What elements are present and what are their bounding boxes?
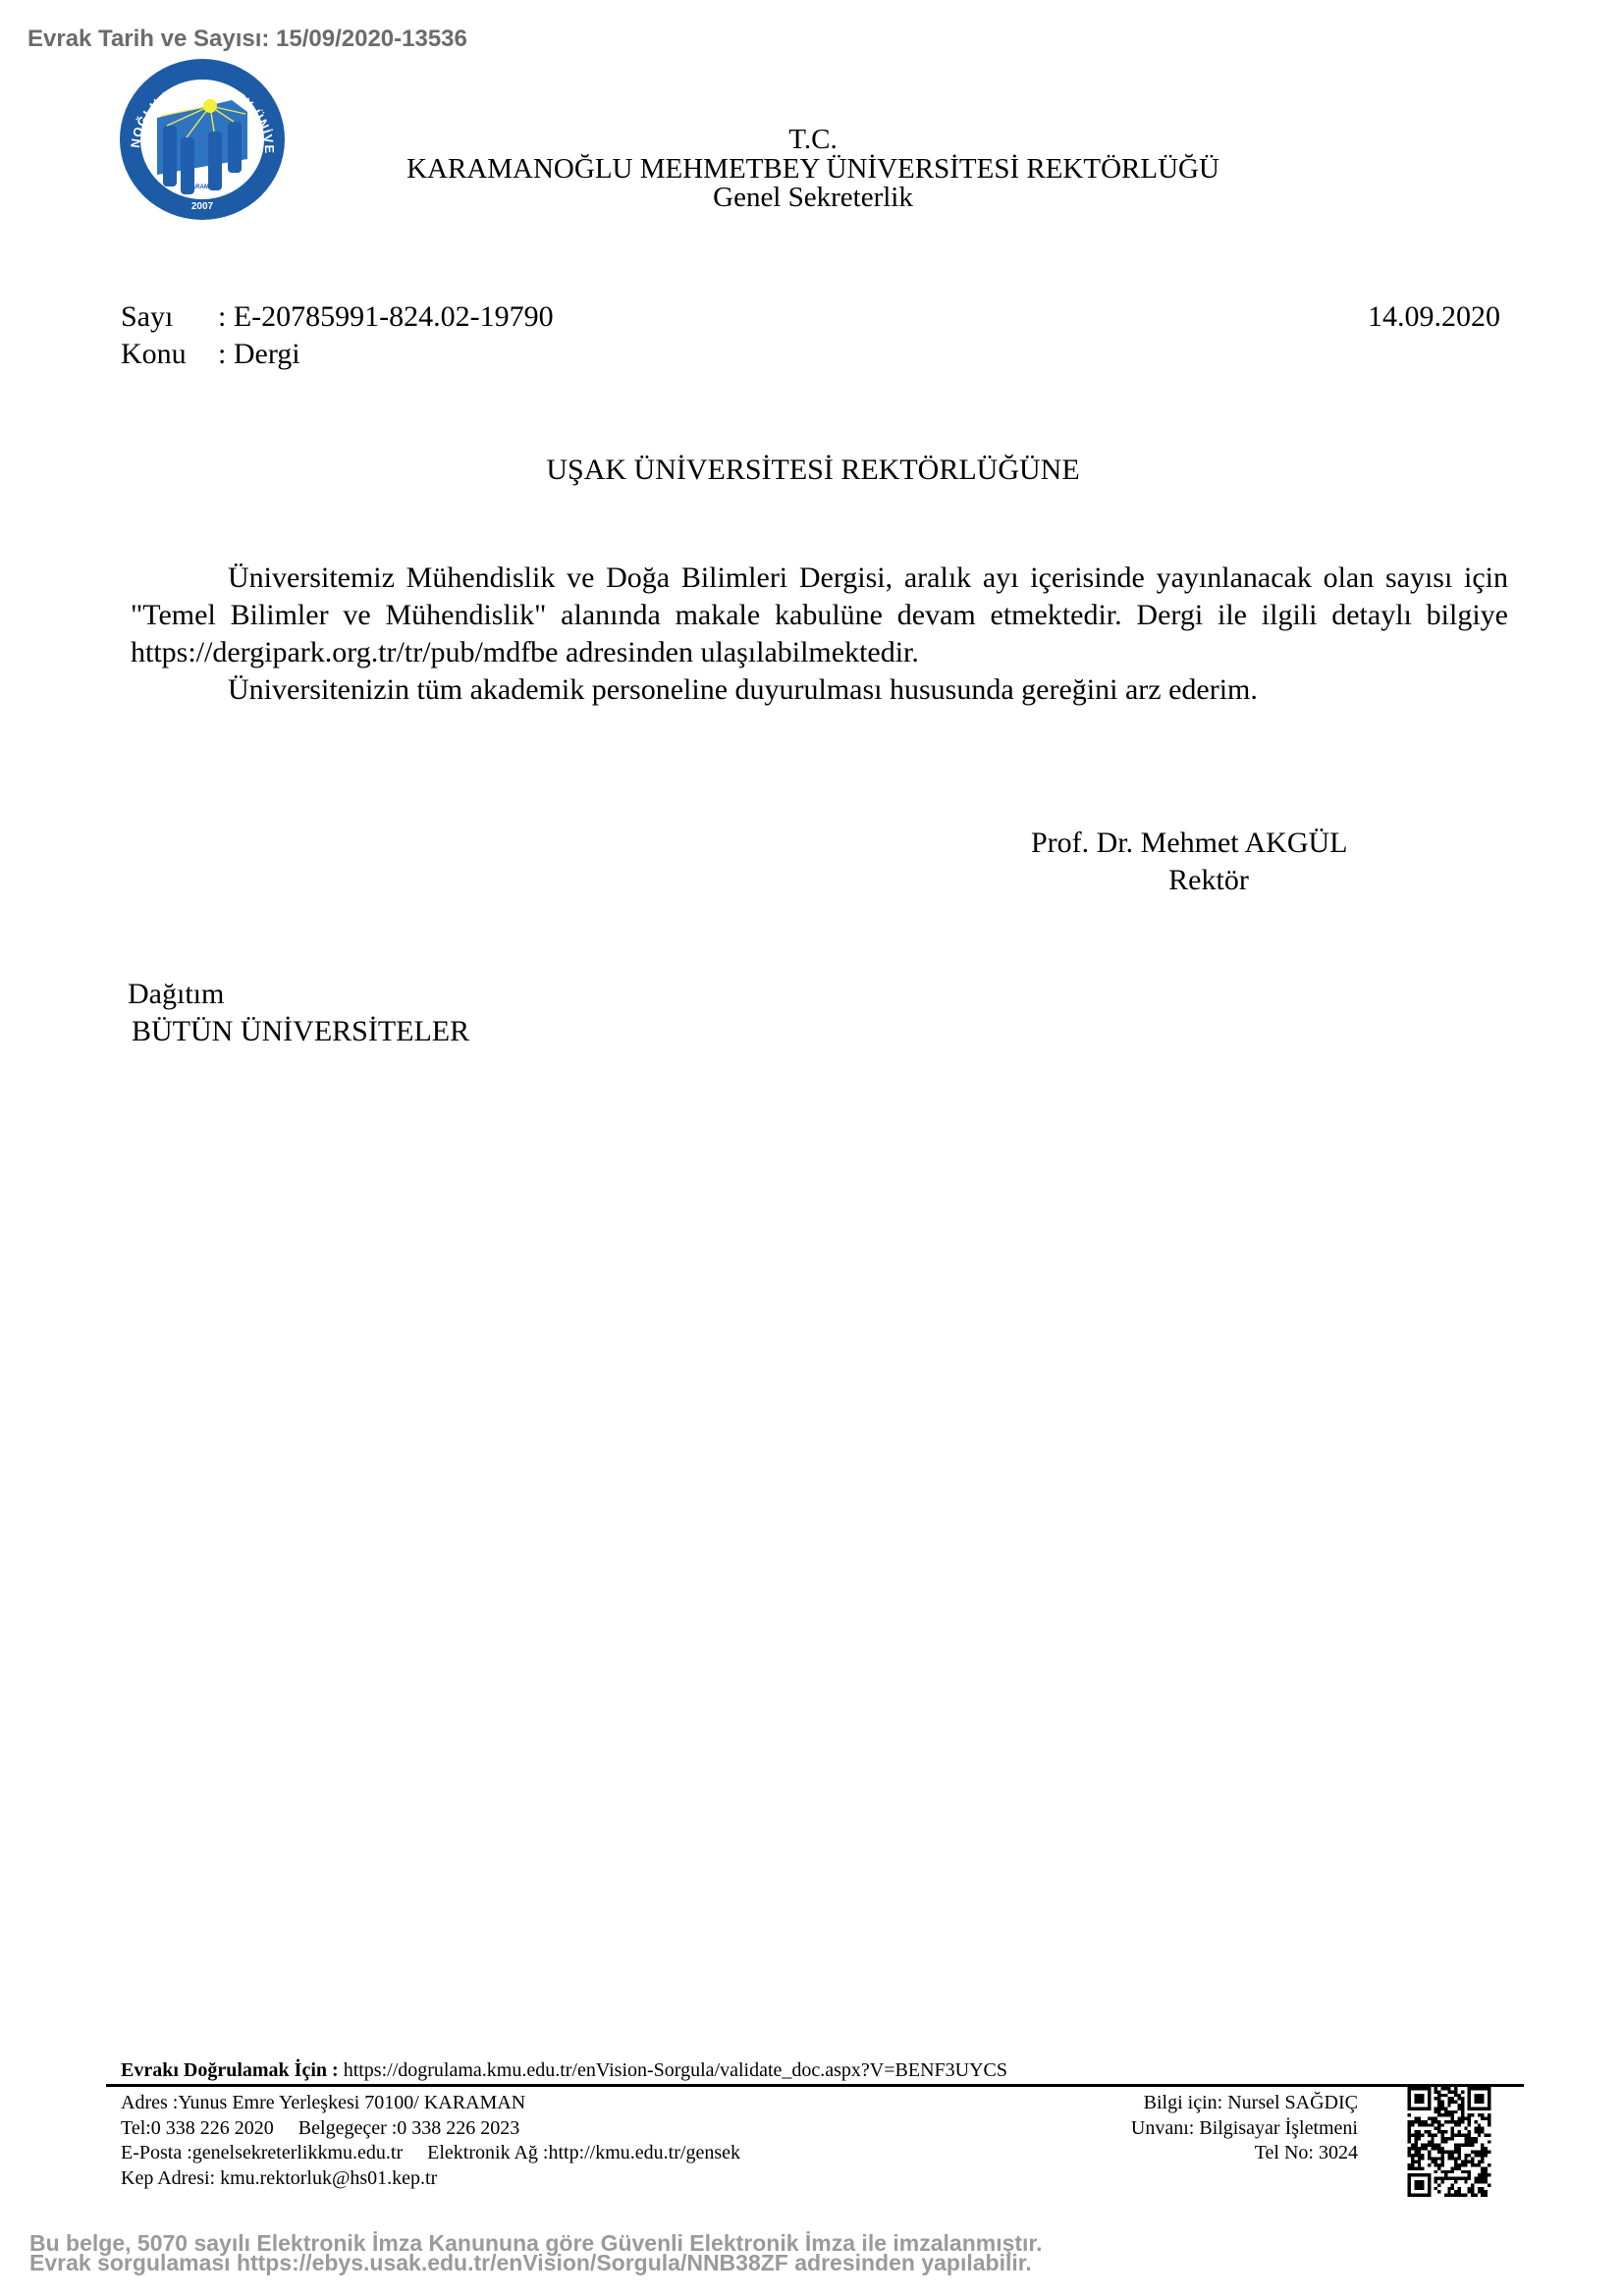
body-paragraph: Üniversitemiz Mühendislik ve Doğa Biliml… bbox=[131, 560, 1508, 671]
distribution-label: Dağıtım bbox=[128, 978, 224, 1011]
university-seal-icon: KARAMANOĞLU MEHMETBEY ÜNİVERSİTESİ KARAM… bbox=[118, 57, 287, 222]
footer-info-block: Bilgi için: Nursel SAĞDIÇ Unvanı: Bilgis… bbox=[1131, 2091, 1358, 2166]
svg-text:KARAMAN: KARAMAN bbox=[188, 185, 218, 190]
footer-contact-block: Adres :Yunus Emre Yerleşkesi 70100/ KARA… bbox=[121, 2091, 740, 2192]
document-date: 14.09.2020 bbox=[1368, 300, 1500, 334]
e-signature-query-line: Evrak sorgulaması https://ebys.usak.edu.… bbox=[29, 2253, 1043, 2272]
verification-line: Evrakı Doğrulamak İçin : https://dogrula… bbox=[121, 2059, 1007, 2082]
number-label: Sayı bbox=[121, 300, 173, 334]
header-institution: KARAMANOĞLU MEHMETBEY ÜNİVERSİTESİ REKTÖ… bbox=[295, 155, 1331, 184]
footer-divider bbox=[106, 2084, 1524, 2087]
e-signature-notice: Bu belge, 5070 sayılı Elektronik İmza Ka… bbox=[29, 2233, 1043, 2272]
subject-label: Konu bbox=[121, 338, 187, 371]
qr-code-icon bbox=[1407, 2087, 1491, 2197]
signatory-name: Prof. Dr. Mehmet AKGÜL bbox=[1031, 827, 1347, 860]
verification-label: Evrakı Doğrulamak İçin : bbox=[121, 2059, 339, 2081]
subject-value: : Dergi bbox=[218, 338, 300, 371]
signatory-title: Rektör bbox=[1031, 864, 1386, 897]
header-country: T.C. bbox=[295, 126, 1331, 154]
letter-body: Üniversitemiz Mühendislik ve Doğa Biliml… bbox=[131, 560, 1508, 709]
footer-contact-tel: Tel No: 3024 bbox=[1131, 2141, 1358, 2166]
footer-kep-address: Kep Adresi: kmu.rektorluk@hs01.kep.tr bbox=[121, 2166, 740, 2192]
body-paragraph: Üniversitenizin tüm akademik personeline… bbox=[131, 671, 1508, 709]
verification-link[interactable]: https://dogrulama.kmu.edu.tr/enVision-So… bbox=[339, 2059, 1007, 2081]
footer-contact-title: Unvanı: Bilgisayar İşletmeni bbox=[1131, 2116, 1358, 2142]
svg-text:2007: 2007 bbox=[191, 201, 214, 212]
footer-email-web: E-Posta :genelsekreterlikkmu.edu.tr Elek… bbox=[121, 2141, 740, 2166]
footer-phones: Tel:0 338 226 2020 Belgegeçer :0 338 226… bbox=[121, 2116, 740, 2142]
footer-contact-name: Bilgi için: Nursel SAĞDIÇ bbox=[1131, 2091, 1358, 2116]
recipient-heading: UŞAK ÜNİVERSİTESİ REKTÖRLÜĞÜNE bbox=[295, 454, 1331, 487]
distribution-value: BÜTÜN ÜNİVERSİTELER bbox=[132, 1015, 469, 1048]
document-date-number-stamp: Evrak Tarih ve Sayısı: 15/09/2020-13536 bbox=[27, 26, 467, 53]
number-value: : E-20785991-824.02-19790 bbox=[218, 300, 554, 334]
header-department: Genel Sekreterlik bbox=[295, 184, 1331, 212]
footer-address: Adres :Yunus Emre Yerleşkesi 70100/ KARA… bbox=[121, 2091, 740, 2116]
